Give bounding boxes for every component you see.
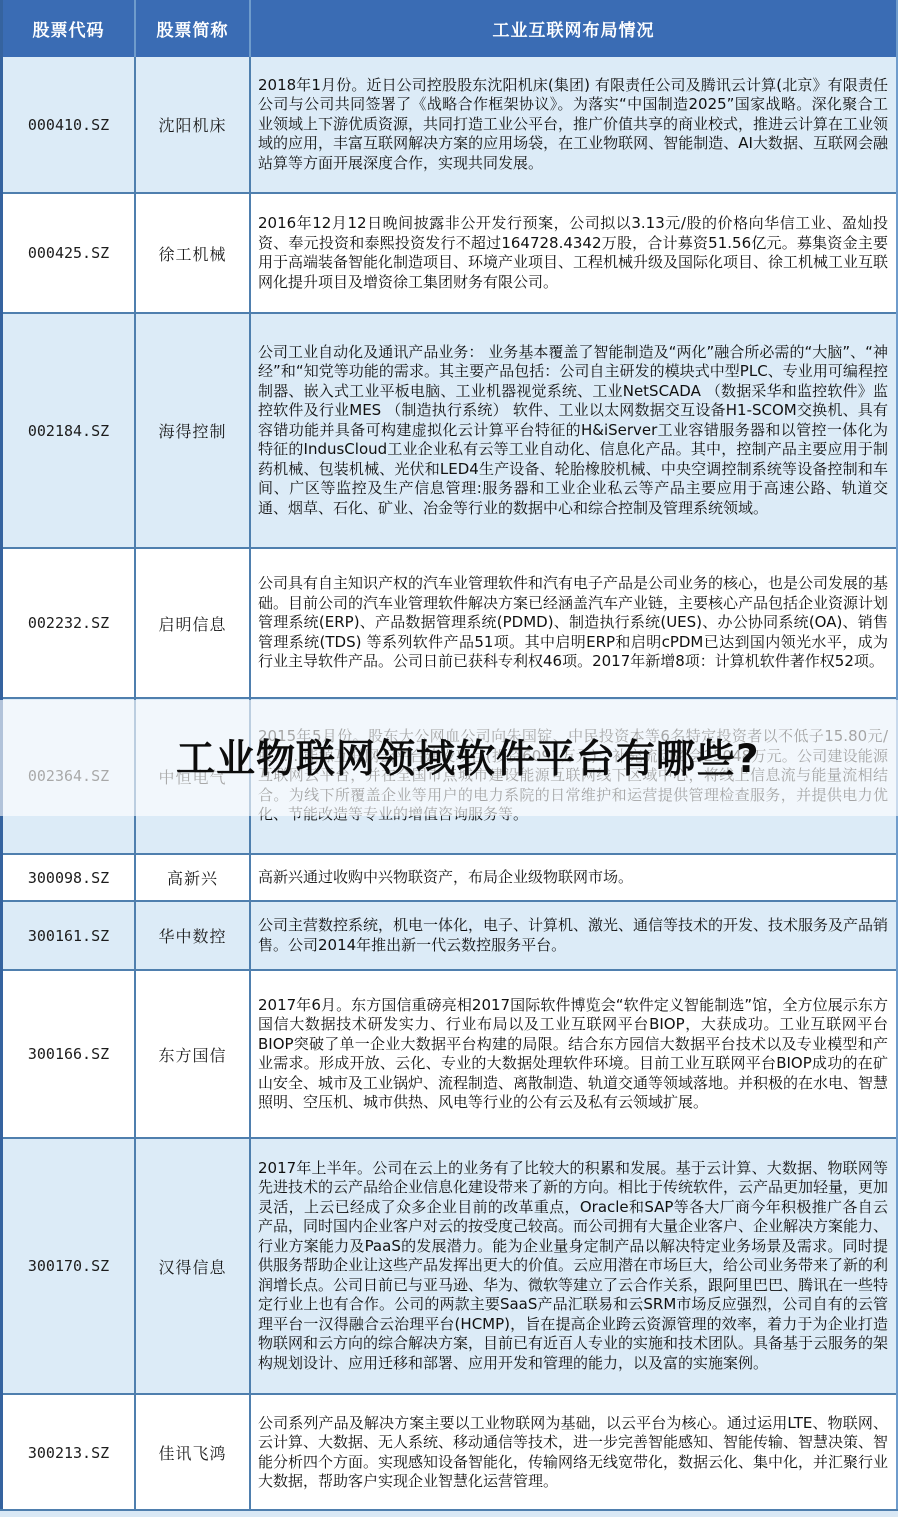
- article-title-overlay: 工业物联网领域软件平台有哪些?: [176, 728, 760, 784]
- stock-code: 000410.SZ: [3, 57, 136, 192]
- stock-name: 徐工机械: [136, 194, 251, 312]
- table-row: 300213.SZ 佳讯飞鸿 公司系列产品及解决方案主要以工业物联网为基础，以云…: [3, 1393, 896, 1510]
- stock-description: 2017年6月。东方国信重磅亮相2017国际软件博览会“软件定义智能制选”馆，全…: [258, 996, 888, 1113]
- table-row: 002184.SZ 海得控制 公司工业自动化及通讯产品业务： 业务基本覆盖了智能…: [3, 312, 896, 547]
- stock-code: 002232.SZ: [3, 549, 136, 697]
- table-row: 300161.SZ 华中数控 公司主营数控系统，机电一体化，电子、计算机、激光、…: [3, 900, 896, 969]
- stock-name: 东方国信: [136, 971, 251, 1137]
- stock-description: 2016年12月12日晚间披露非公开发行预案，公司拟以3.13元/股的价格向华信…: [258, 214, 888, 292]
- stock-code: 300170.SZ: [3, 1139, 136, 1393]
- stock-description: 公司系列产品及解决方案主要以工业物联网为基础，以云平台为核心。通过运用LTE、物…: [258, 1414, 888, 1492]
- stock-description-cell: 2017年上半年。公司在云上的业务有了比较大的积累和发展。基于云计算、大数据、物…: [251, 1139, 896, 1393]
- stock-name: 沈阳机床: [136, 57, 251, 192]
- stock-description: 公司主营数控系统，机电一体化，电子、计算机、激光、通信等技术的开发、技术服务及产…: [258, 916, 888, 955]
- stock-description-cell: 公司工业自动化及通讯产品业务： 业务基本覆盖了智能制造及“两化”融合所必需的“大…: [251, 314, 896, 547]
- table-row: 300098.SZ 高新兴 高新兴通过收购中兴物联资产，布局企业级物联网市场。: [3, 853, 896, 900]
- stock-code: 300098.SZ: [3, 855, 136, 900]
- stock-description-cell: 2016年12月12日晚间披露非公开发行预案，公司拟以3.13元/股的价格向华信…: [251, 194, 896, 312]
- stock-code: 002364.SZ: [3, 699, 136, 853]
- stock-code: 300166.SZ: [3, 971, 136, 1137]
- header-layout-info: 工业互联网布局情况: [251, 0, 896, 57]
- stock-name: 佳讯飞鸿: [136, 1395, 251, 1510]
- stock-description-cell: 公司系列产品及解决方案主要以工业物联网为基础，以云平台为核心。通过运用LTE、物…: [251, 1395, 896, 1510]
- stock-description-cell: 2018年1月份。近日公司控股股东沈阳机床(集团) 有限责任公司及腾讯云计算(北…: [251, 57, 896, 192]
- table-row: 000410.SZ 沈阳机床 2018年1月份。近日公司控股股东沈阳机床(集团)…: [3, 57, 896, 192]
- stock-description: 2017年上半年。公司在云上的业务有了比较大的积累和发展。基于云计算、大数据、物…: [258, 1159, 888, 1374]
- stock-code: 300161.SZ: [3, 902, 136, 969]
- table-header-row: 股票代码 股票简称 工业互联网布局情况: [3, 0, 896, 57]
- header-stock-code: 股票代码: [3, 0, 136, 57]
- stock-description: 公司工业自动化及通讯产品业务： 业务基本覆盖了智能制造及“两化”融合所必需的“大…: [258, 343, 888, 519]
- stock-name: 高新兴: [136, 855, 251, 900]
- article-page: 股票代码 股票简称 工业互联网布局情况 000410.SZ 沈阳机床 2018年…: [0, 0, 898, 1517]
- stock-description-cell: 公司具有自主知识产权的汽车业管理软件和汽有电子产品是公司业务的核心，也是公司发展…: [251, 549, 896, 697]
- table-row: 300170.SZ 汉得信息 2017年上半年。公司在云上的业务有了比较大的积累…: [3, 1137, 896, 1393]
- stock-description: 公司具有自主知识产权的汽车业管理软件和汽有电子产品是公司业务的核心，也是公司发展…: [258, 574, 888, 672]
- stock-name: 汉得信息: [136, 1139, 251, 1393]
- stock-code: 002184.SZ: [3, 314, 136, 547]
- table-row: 000425.SZ 徐工机械 2016年12月12日晚间披露非公开发行预案，公司…: [3, 192, 896, 312]
- stock-name: 海得控制: [136, 314, 251, 547]
- stock-description-cell: 2017年6月。东方国信重磅亮相2017国际软件博览会“软件定义智能制选”馆，全…: [251, 971, 896, 1137]
- header-stock-name: 股票简称: [136, 0, 251, 57]
- table-bottom-border: [0, 1509, 898, 1517]
- table-row: 002232.SZ 启明信息 公司具有自主知识产权的汽车业管理软件和汽有电子产品…: [3, 547, 896, 697]
- stock-code: 000425.SZ: [3, 194, 136, 312]
- stock-name: 启明信息: [136, 549, 251, 697]
- stock-description-cell: 公司主营数控系统，机电一体化，电子、计算机、激光、通信等技术的开发、技术服务及产…: [251, 902, 896, 969]
- stock-description: 2018年1月份。近日公司控股股东沈阳机床(集团) 有限责任公司及腾讯云计算(北…: [258, 76, 888, 174]
- stock-description-cell: 高新兴通过收购中兴物联资产，布局企业级物联网市场。: [251, 855, 896, 900]
- stock-description: 高新兴通过收购中兴物联资产，布局企业级物联网市场。: [258, 868, 633, 888]
- stock-code: 300213.SZ: [3, 1395, 136, 1510]
- stock-name: 华中数控: [136, 902, 251, 969]
- table-row: 300166.SZ 东方国信 2017年6月。东方国信重磅亮相2017国际软件博…: [3, 969, 896, 1137]
